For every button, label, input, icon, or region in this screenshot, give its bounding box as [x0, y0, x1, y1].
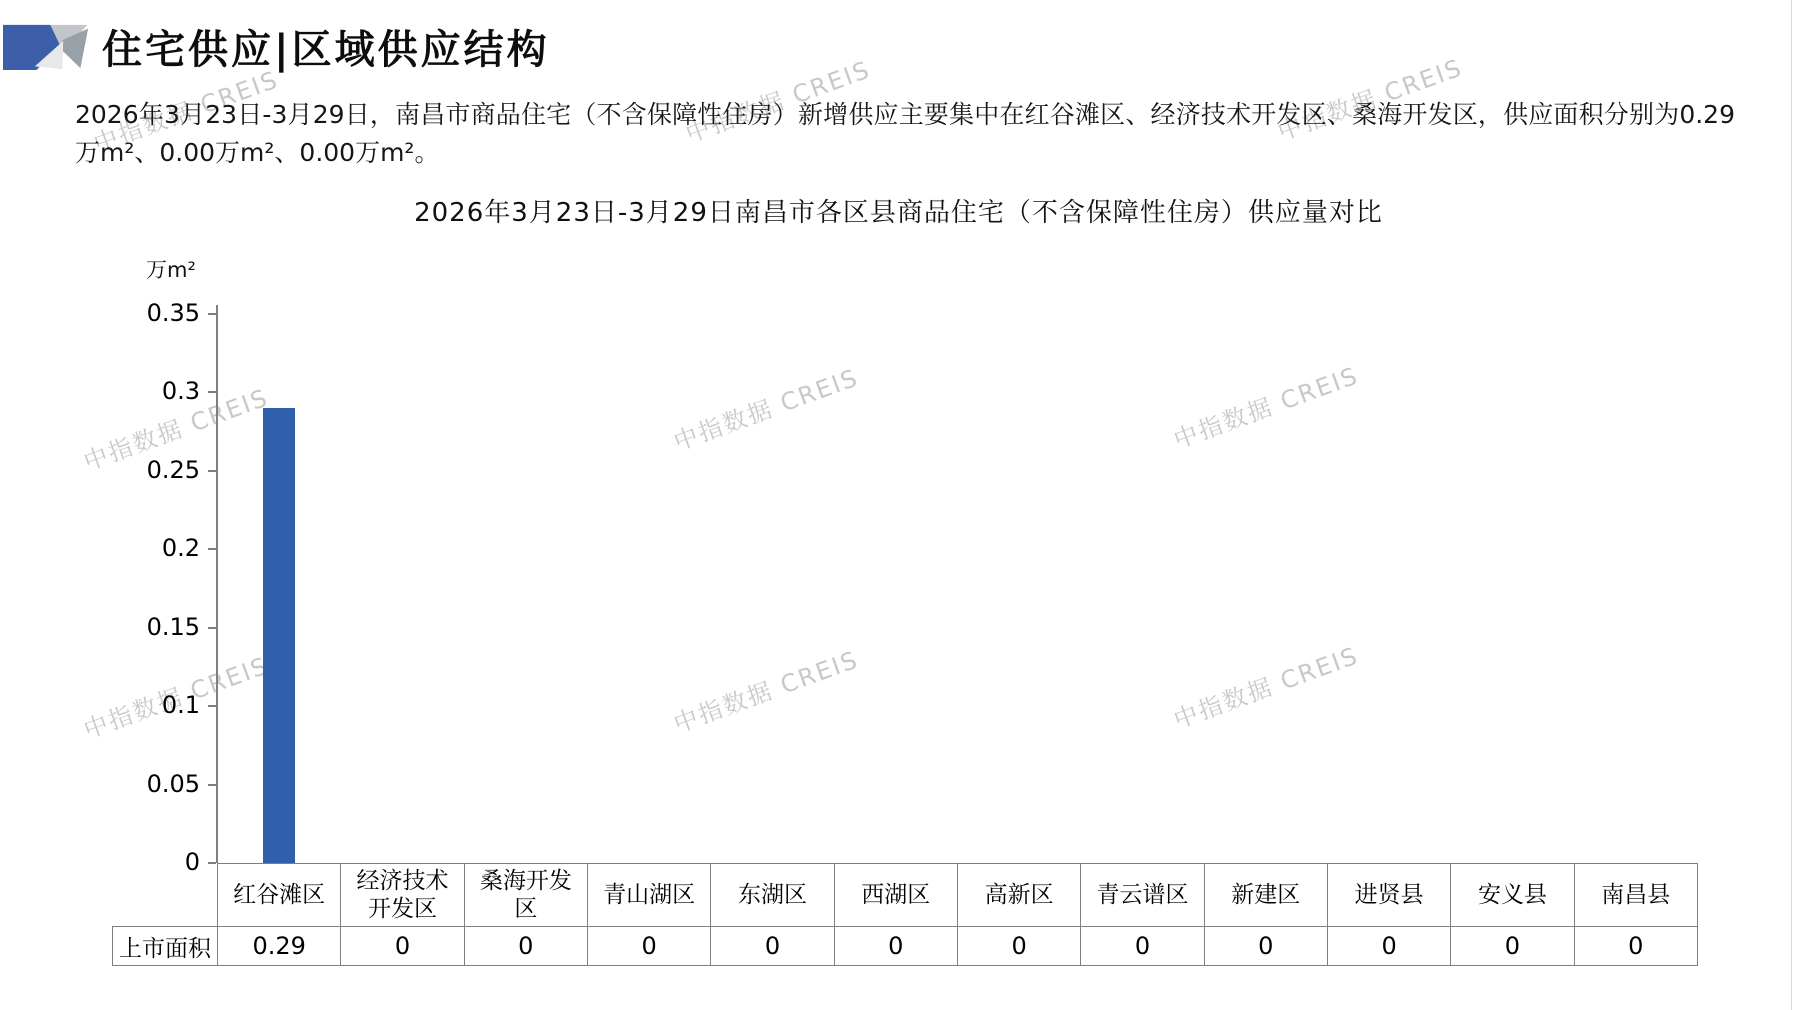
- brand-logo-icon: [3, 24, 89, 70]
- table-column: 青山湖区0: [588, 864, 711, 965]
- table-value-cell: 0: [341, 927, 463, 965]
- table-value-cell: 0: [835, 927, 957, 965]
- y-axis-tick-label: 0.2: [88, 534, 200, 562]
- table-value-cell: 0: [711, 927, 833, 965]
- table-header-cell: 青云谱区: [1081, 864, 1203, 927]
- y-axis-unit-label: 万m²: [146, 254, 196, 284]
- table-column: 桑海开发区0: [465, 864, 588, 965]
- table-column: 经济技术开发区0: [341, 864, 464, 965]
- bar-红谷滩区: [263, 408, 295, 863]
- table-column: 西湖区0: [835, 864, 958, 965]
- y-axis-tick-mark: [208, 548, 216, 550]
- table-header-cell: 高新区: [958, 864, 1080, 927]
- y-axis-tick-mark: [208, 391, 216, 393]
- table-column: 青云谱区0: [1081, 864, 1204, 965]
- table-value-cell: 0: [1328, 927, 1450, 965]
- table-header-cell: 安义县: [1451, 864, 1573, 927]
- y-axis-tick-mark: [208, 784, 216, 786]
- table-value-cell: 0.29: [218, 927, 340, 965]
- y-axis-tick-label: 0: [88, 848, 200, 876]
- y-axis-tick-mark: [208, 313, 216, 315]
- y-axis-tick-label: 0.05: [88, 770, 200, 798]
- table-column: 东湖区0: [711, 864, 834, 965]
- table-header-cell: 进贤县: [1328, 864, 1450, 927]
- table-column: 南昌县0: [1575, 864, 1697, 965]
- intro-paragraph: 2026年3月23日-3月29日，南昌市商品住宅（不含保障性住房）新增供应主要集…: [75, 96, 1735, 172]
- y-axis-tick-mark: [208, 705, 216, 707]
- table-header-cell: 桑海开发区: [465, 864, 587, 927]
- report-page: 中指数据 CREIS 中指数据 CREIS 中指数据 CREIS 中指数据 CR…: [0, 0, 1797, 1010]
- y-axis-tick-label: 0.1: [88, 691, 200, 719]
- table-column: 高新区0: [958, 864, 1081, 965]
- chart-title: 2026年3月23日-3月29日南昌市各区县商品住宅（不含保障性住房）供应量对比: [0, 192, 1797, 229]
- data-table: 红谷滩区0.29经济技术开发区0桑海开发区0青山湖区0东湖区0西湖区0高新区0青…: [217, 863, 1698, 966]
- table-column: 进贤县0: [1328, 864, 1451, 965]
- table-value-cell: 0: [1081, 927, 1203, 965]
- y-axis-tick-label: 0.35: [88, 299, 200, 327]
- table-header-cell: 南昌县: [1575, 864, 1697, 927]
- table-value-cell: 0: [465, 927, 587, 965]
- y-axis-tick-label: 0.25: [88, 456, 200, 484]
- table-header-cell: 东湖区: [711, 864, 833, 927]
- y-axis-tick-mark: [208, 470, 216, 472]
- page-title: 住宅供应|区域供应结构: [102, 18, 550, 75]
- table-value-cell: 0: [1575, 927, 1697, 965]
- table-column: 新建区0: [1205, 864, 1328, 965]
- table-header-cell: 西湖区: [835, 864, 957, 927]
- table-row-label: 上市面积: [112, 926, 218, 966]
- y-axis-line: [216, 305, 218, 863]
- y-axis-tick-label: 0.15: [88, 613, 200, 641]
- table-value-cell: 0: [588, 927, 710, 965]
- y-axis-tick-mark: [208, 862, 216, 864]
- table-header-cell: 新建区: [1205, 864, 1327, 927]
- table-value-cell: 0: [1451, 927, 1573, 965]
- y-axis-tick-label: 0.3: [88, 377, 200, 405]
- table-header-cell: 经济技术开发区: [341, 864, 463, 927]
- y-axis-tick-mark: [208, 627, 216, 629]
- table-value-cell: 0: [958, 927, 1080, 965]
- table-header-cell: 青山湖区: [588, 864, 710, 927]
- table-column: 红谷滩区0.29: [218, 864, 341, 965]
- table-header-cell: 红谷滩区: [218, 864, 340, 927]
- table-column: 安义县0: [1451, 864, 1574, 965]
- table-value-cell: 0: [1205, 927, 1327, 965]
